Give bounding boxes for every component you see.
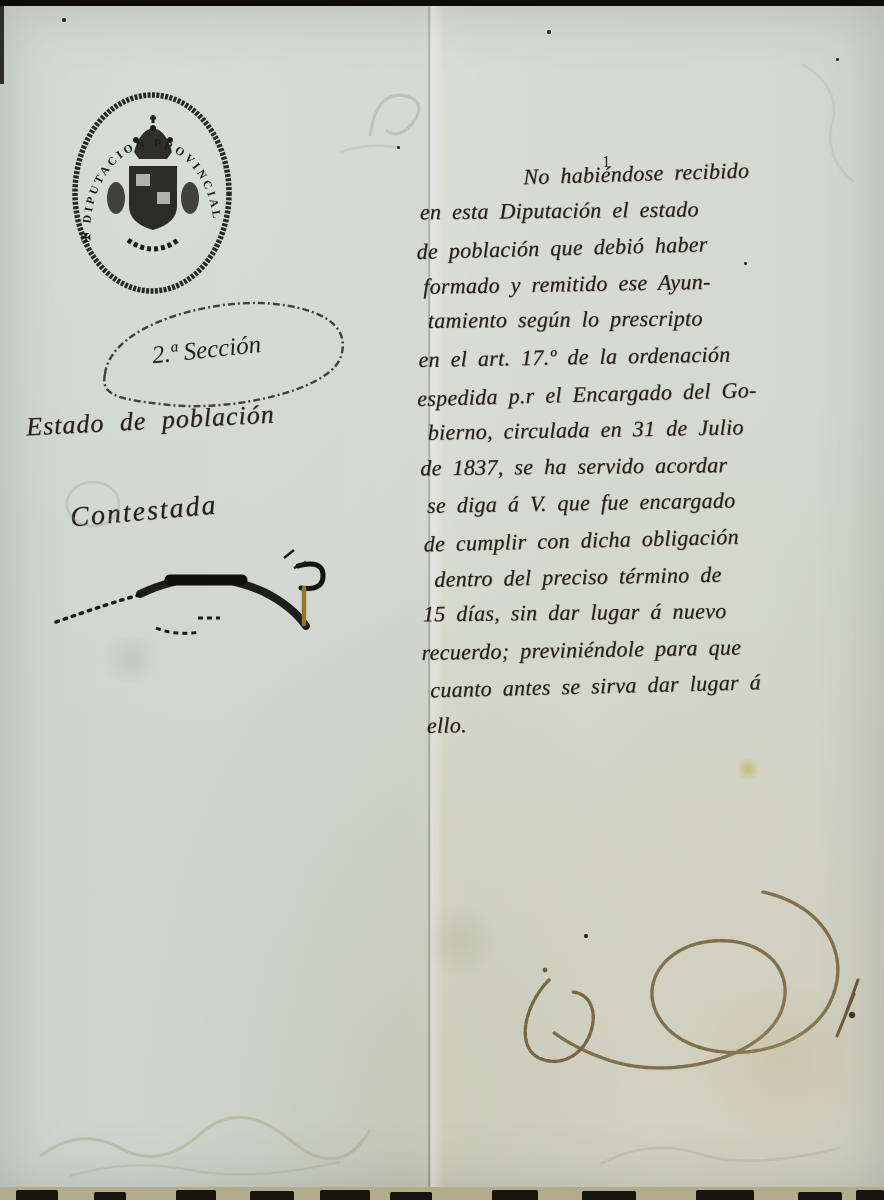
letter-line: de 1837, se ha servido acordar xyxy=(420,451,878,479)
stamp-coat-of-arms-icon xyxy=(107,115,199,249)
scan-edge-left xyxy=(0,6,4,84)
cutoff-glyph xyxy=(390,1192,432,1200)
cutoff-glyph xyxy=(856,1190,884,1200)
letter-line: No habiéndose recibido xyxy=(523,155,874,188)
rubric-flourish-icon xyxy=(48,538,348,648)
ink-bleedthrough xyxy=(590,1114,860,1184)
letter-line: de cumplir con dicha obligación xyxy=(423,521,879,555)
cutoff-glyph xyxy=(696,1190,754,1200)
letter-line: de población que debió haber xyxy=(416,228,874,263)
letter-line: formado y remitido ese Ayun- xyxy=(423,267,875,298)
paper-sheet: ✠ DIPUTACION PROVINCIAL 2.ª Sección Esta… xyxy=(0,6,884,1187)
letter-line: espedida p.r el Encargado del Go- xyxy=(417,375,877,410)
next-page-text-edge xyxy=(0,1187,884,1200)
scan-edge-top xyxy=(0,0,884,6)
ink-speck xyxy=(397,146,400,149)
cutoff-glyph xyxy=(798,1192,842,1200)
ink-speck xyxy=(62,18,66,22)
cutoff-glyph xyxy=(94,1192,126,1200)
letter-line: dentro del preciso término de xyxy=(434,559,880,590)
section-label: 2.ª Sección xyxy=(151,331,263,369)
letter-line: 15 días, sin dar lugar á nuevo xyxy=(423,598,881,626)
letter-line: en el art. 17.º de la ordenación xyxy=(418,340,876,371)
status-note: Contestada xyxy=(69,490,219,535)
letter-line: ello. xyxy=(427,706,883,737)
scanned-manuscript: ✠ DIPUTACION PROVINCIAL 2.ª Sección Esta… xyxy=(0,0,884,1200)
cutoff-glyph xyxy=(320,1190,370,1200)
letter-line: cuanto antes se sirva dar lugar á xyxy=(430,668,882,702)
section-oval-annotation: 2.ª Sección xyxy=(90,290,356,416)
ink-stain xyxy=(735,758,761,780)
official-seal-stamp-icon: ✠ DIPUTACION PROVINCIAL xyxy=(66,88,238,298)
letter-line: tamiento según lo prescripto xyxy=(428,305,876,332)
letter-line: bierno, circulada en 31 de Julio xyxy=(428,413,878,444)
ink-speck xyxy=(584,934,588,938)
cutoff-glyph xyxy=(16,1190,58,1200)
letter-line: se diga á V. que fue encargado xyxy=(427,486,879,517)
cutoff-glyph xyxy=(250,1191,294,1200)
ink-speck xyxy=(836,58,839,61)
letter-line: recuerdo; previniéndole para que xyxy=(421,633,881,664)
letter-line: en esta Diputación el estado xyxy=(420,195,874,223)
cutoff-glyph xyxy=(582,1191,636,1200)
ink-speck xyxy=(744,262,747,265)
cutoff-glyph xyxy=(492,1190,538,1200)
signature-flourish-icon xyxy=(495,864,877,1116)
ink-speck xyxy=(547,30,551,34)
ink-bleedthrough xyxy=(30,1076,460,1186)
letter-body: No habiéndose recibido en esta Diputació… xyxy=(413,157,883,737)
subject-line: Estado de población xyxy=(25,400,275,443)
cutoff-glyph xyxy=(176,1190,216,1200)
